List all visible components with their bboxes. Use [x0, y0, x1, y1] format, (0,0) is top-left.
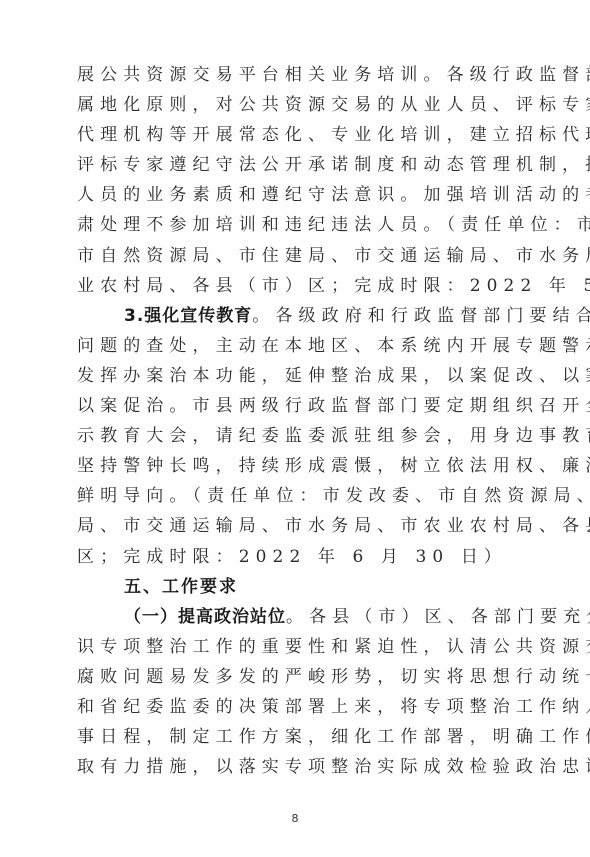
section-5-heading-line: 五、工作要求 — [77, 572, 503, 602]
text-line: 人员的业务素质和遵纪守法意识。加强培训活动的考核，严 — [77, 180, 503, 210]
text-line: 鲜明导向。（责任单位：市发改委、市自然资源局、市住建 — [77, 481, 503, 511]
text-line: 取有力措施，以落实专项整治实际成效检验政治忠诚和责任 — [77, 752, 503, 782]
text-line: 局、市交通运输局、市水务局、市农业农村局、各县（市） — [77, 511, 503, 541]
subsection-1-lead: 。各县（市）区、各部门要充分认 — [286, 607, 590, 627]
text-line: 以案促治。市县两级行政监督部门要定期组织召开全系统警 — [77, 391, 503, 421]
text-line: 事日程，制定工作方案，细化工作部署，明确工作任务，采 — [77, 722, 503, 752]
text-line: 属地化原则，对公共资源交易的从业人员、评标专家、招标 — [77, 90, 503, 120]
text-line: 市自然资源局、市住建局、市交通运输局、市水务局、市农 — [77, 241, 503, 271]
section-3-first-line: 3.强化宣传教育。各级政府和行政监督部门要结合典型 — [77, 301, 503, 331]
subsection-1-title: （一）提高政治站位 — [124, 607, 286, 627]
text-line: 识专项整治工作的重要性和紧迫性，认清公共资源交易领域 — [77, 632, 503, 662]
text-line: 区；完成时限：2022 年 6 月 30 日） — [77, 542, 503, 572]
document-page: 展公共资源交易平台相关业务培训。各级行政监督部门要按 属地化原则，对公共资源交易… — [0, 0, 590, 857]
text-line: 评标专家遵纪守法公开承诺制度和动态管理机制，提升相关 — [77, 150, 503, 180]
text-line: 示教育大会，请纪委监委派驻组参会，用身边事教育身边人， — [77, 421, 503, 451]
section-3-lead: 。各级政府和行政监督部门要结合典型 — [252, 306, 590, 326]
page-number: 8 — [0, 812, 590, 825]
text-line: 代理机构等开展常态化、专业化培训，建立招标代理机构和 — [77, 120, 503, 150]
text-line: 肃处理不参加培训和违纪违法人员。（责任单位：市发改委、 — [77, 210, 503, 240]
text-line: 问题的查处，主动在本地区、本系统内开展专题警示教育， — [77, 331, 503, 361]
text-line: 发挥办案治本功能，延伸整治成果，以案促改、以案促建、 — [77, 361, 503, 391]
text-line: 业农村局、各县（市）区；完成时限：2022 年 5 月 30 日） — [77, 271, 503, 301]
text-line: 坚持警钟长鸣，持续形成震慑，树立依法用权、廉洁从政的 — [77, 451, 503, 481]
section-3-title: 3.强化宣传教育 — [124, 306, 252, 326]
subsection-1-first-line: （一）提高政治站位。各县（市）区、各部门要充分认 — [77, 602, 503, 632]
document-body: 展公共资源交易平台相关业务培训。各级行政监督部门要按 属地化原则，对公共资源交易… — [77, 60, 503, 782]
text-line: 和省纪委监委的决策部署上来，将专项整治工作纳入重要议 — [77, 692, 503, 722]
section-5-heading: 五、工作要求 — [124, 577, 238, 597]
text-line: 腐败问题易发多发的严峻形势，切实将思想行动统一到省委 — [77, 662, 503, 692]
text-line: 展公共资源交易平台相关业务培训。各级行政监督部门要按 — [77, 60, 503, 90]
